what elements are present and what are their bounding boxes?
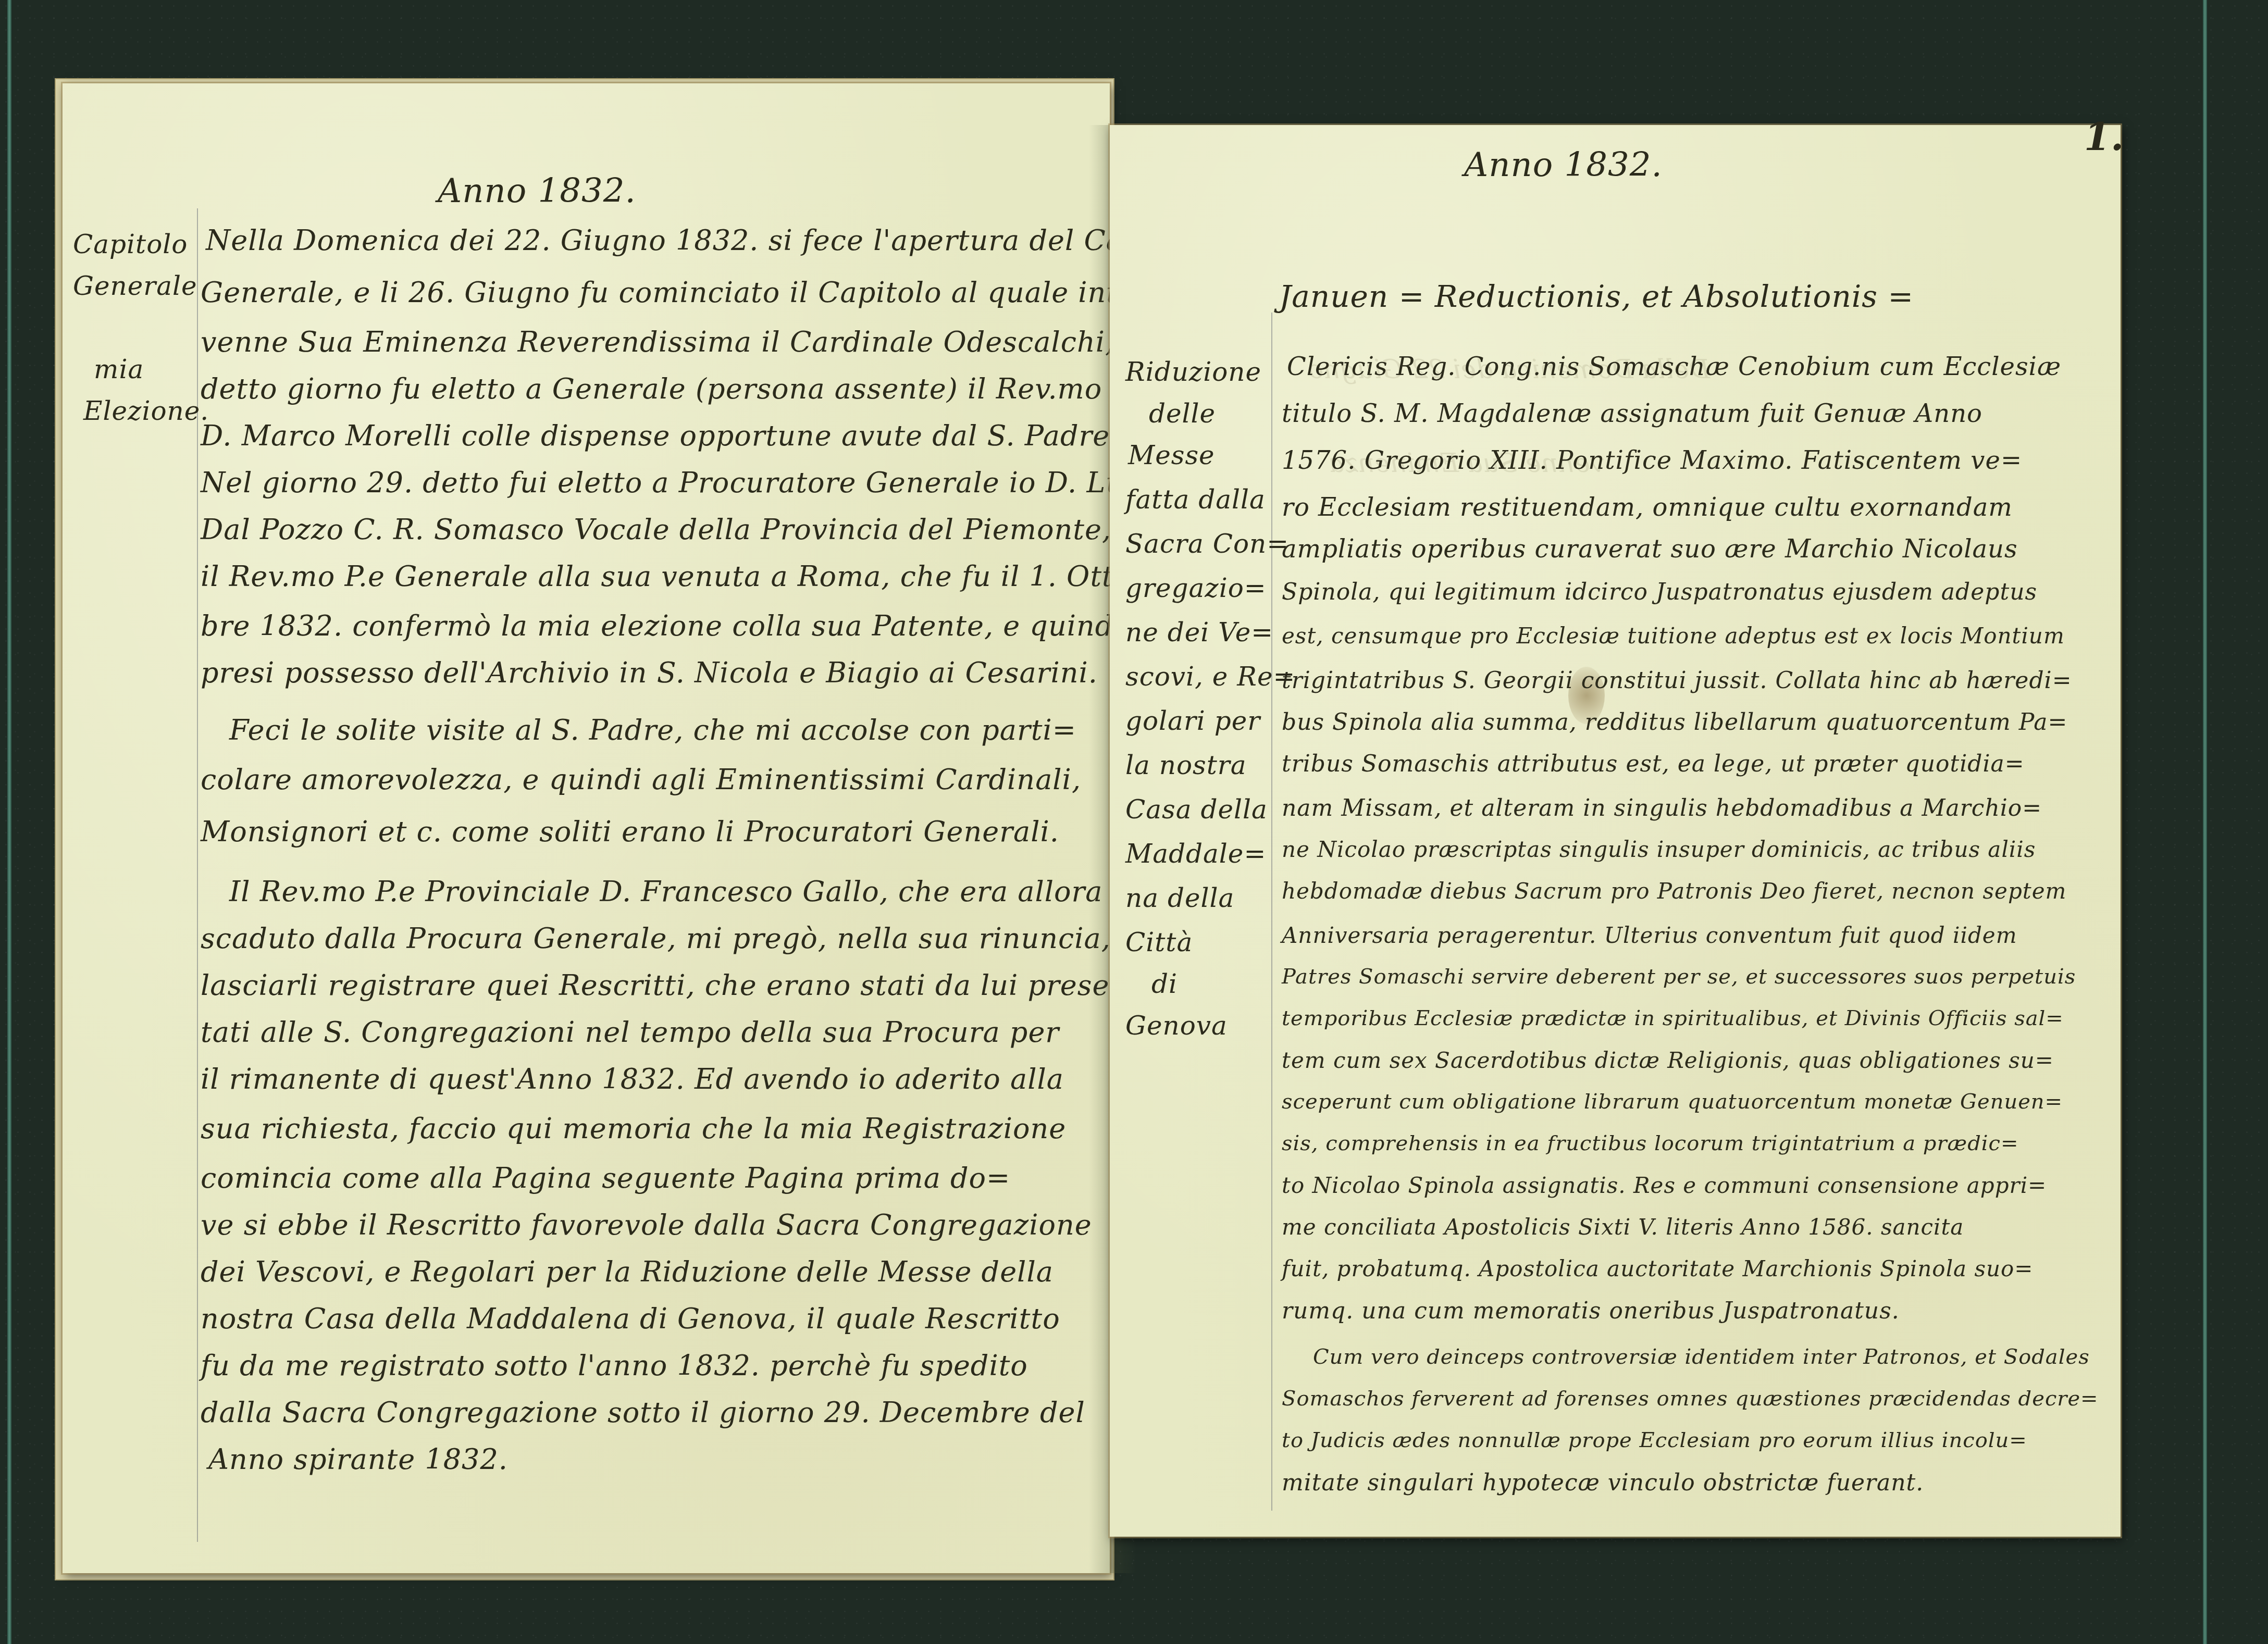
margin-note: Elezione. xyxy=(83,396,209,426)
right-page-subheading: Januen = Reductionis, et Absolutionis = xyxy=(1279,279,1914,314)
text-line: dei Vescovi, e Regolari per la Riduzione… xyxy=(201,1258,1054,1286)
margin-note: ne dei Ve= xyxy=(1125,617,1273,647)
margin-note: fatta dalla xyxy=(1125,484,1266,515)
text-line: tati alle S. Congregazioni nel tempo del… xyxy=(201,1018,1059,1047)
text-line: dalla Sacra Congregazione sotto il giorn… xyxy=(201,1399,1085,1427)
text-line: fu da me registrato sotto l'anno 1832. p… xyxy=(201,1352,1028,1380)
text-line: Il Rev.mo P.e Provinciale D. Francesco G… xyxy=(229,878,1103,906)
text-line: Nella Domenica dei 22. Giugno 1832. si f… xyxy=(206,227,1208,255)
margin-note: Capitolo xyxy=(73,229,188,259)
text-line: il Rev.mo P.e Generale alla sua venuta a… xyxy=(201,563,1156,591)
margin-note: na della xyxy=(1125,883,1234,913)
text-line: ve si ebbe il Rescritto favorevole dalla… xyxy=(201,1211,1092,1239)
text-line: me conciliata Apostolicis Sixti V. liter… xyxy=(1282,1216,1964,1238)
text-line: sceperunt cum obligatione librarum quatu… xyxy=(1282,1091,2063,1112)
text-line: nostra Casa della Maddalena di Genova, i… xyxy=(201,1305,1060,1333)
page-number: 1. xyxy=(2084,115,2124,159)
text-line: D. Marco Morelli colle dispense opportun… xyxy=(201,422,1119,450)
text-line: Patres Somaschi servire deberent per se,… xyxy=(1282,966,2076,987)
glass-frame-edge-left xyxy=(7,0,11,1644)
text-line: Cum vero deinceps controversiæ identidem… xyxy=(1313,1347,2090,1367)
text-line: scaduto dalla Procura Generale, mi pregò… xyxy=(201,925,1148,953)
margin-note: Generale xyxy=(73,271,197,301)
text-line: detto giorno fu eletto a Generale (perso… xyxy=(201,375,1197,403)
text-line: hebdomadæ diebus Sacrum pro Patronis Deo… xyxy=(1282,880,2066,902)
text-line: tem cum sex Sacerdotibus dictæ Religioni… xyxy=(1282,1050,2054,1072)
margin-note: gregazio= xyxy=(1125,573,1267,603)
text-line: Anno spirante 1832. xyxy=(208,1446,508,1474)
text-line: ne Nicolao præscriptas singulis insuper … xyxy=(1282,839,2036,861)
right-page: Della Domenica dei 22 Giugno venne Sua E… xyxy=(1110,125,2121,1537)
text-line: 1576. Gregorio XIII. Pontifice Maximo. F… xyxy=(1282,448,2022,473)
text-line: Dal Pozzo C. R. Somasco Vocale della Pro… xyxy=(201,516,1157,544)
text-line: Feci le solite visite al S. Padre, che m… xyxy=(229,716,1076,744)
margin-note: Casa della xyxy=(1125,794,1268,825)
text-line: Spinola, qui legitimum idcirco Juspatron… xyxy=(1282,581,2037,604)
text-line: Monsignori et c. come soliti erano li Pr… xyxy=(201,818,1059,846)
text-line: temporibus Ecclesiæ prædictæ in spiritua… xyxy=(1282,1008,2064,1029)
text-line: est, censumque pro Ecclesiæ tuitione ade… xyxy=(1282,625,2065,647)
margin-note: Sacra Con= xyxy=(1125,529,1289,559)
text-line: Clericis Reg. Cong.nis Somaschæ Cenobium… xyxy=(1287,354,2061,379)
margin-note: delle xyxy=(1149,398,1216,429)
margin-note: Riduzione xyxy=(1125,357,1261,387)
text-line: bus Spinola alia summa, redditus libella… xyxy=(1282,711,2067,734)
text-line: venne Sua Eminenza Reverendissima il Car… xyxy=(201,328,1197,356)
text-line: rumq. una cum memoratis oneribus Juspatr… xyxy=(1282,1300,1900,1323)
text-line: to Judicis ædes nonnullæ prope Ecclesiam… xyxy=(1282,1430,2027,1451)
left-page-heading: Anno 1832. xyxy=(438,172,636,210)
text-line: il rimanente di quest'Anno 1832. Ed aven… xyxy=(201,1065,1064,1093)
margin-note: la nostra xyxy=(1125,750,1246,780)
text-line: mitate singulari hypotecæ vinculo obstri… xyxy=(1282,1472,1924,1494)
margin-note: scovi, e Re= xyxy=(1125,662,1295,692)
text-line: fuit, probatumq. Apostolica auctoritate … xyxy=(1282,1258,2034,1280)
text-line: tribus Somaschis attributus est, ea lege… xyxy=(1282,753,2025,776)
text-line: Generale, e li 26. Giugno fu cominciato … xyxy=(201,279,1173,307)
margin-note: golari per xyxy=(1125,706,1260,736)
left-page: Anno 1832. Capitolo Generale mia Elezion… xyxy=(63,83,1110,1573)
text-line: lasciarli registrare quei Rescritti, che… xyxy=(201,972,1152,1000)
text-line: Nel giorno 29. detto fui eletto a Procur… xyxy=(201,469,1162,497)
margin-note: Messe xyxy=(1128,440,1215,470)
text-line: sis, comprehensis in ea fructibus locoru… xyxy=(1282,1133,2018,1154)
margin-note: Città xyxy=(1125,927,1193,957)
text-line: sua richiesta, faccio qui memoria che la… xyxy=(201,1115,1066,1143)
text-line: nam Missam, et alteram in singulis hebdo… xyxy=(1282,797,2042,820)
text-line: presi possesso dell'Archivio in S. Nicol… xyxy=(201,659,1098,687)
text-line: ampliatis operibus curaverat suo ære Mar… xyxy=(1282,537,2018,562)
text-line: Anniversaria peragerentur. Ulterius conv… xyxy=(1282,925,2017,946)
text-line: colare amorevolezza, e quindi agli Emine… xyxy=(201,766,1081,794)
text-line: comincia come alla Pagina seguente Pagin… xyxy=(201,1164,1010,1192)
text-line: ro Ecclesiam restituendam, omnique cultu… xyxy=(1282,495,2013,520)
text-line: titulo S. M. Magdalenæ assignatum fuit G… xyxy=(1282,401,1982,426)
right-page-heading: Anno 1832. xyxy=(1464,146,1663,184)
margin-note: Genova xyxy=(1125,1011,1228,1041)
text-line: to Nicolao Spinola assignatis. Res e com… xyxy=(1282,1175,2047,1197)
text-line: Somaschos ferverent ad forenses omnes qu… xyxy=(1282,1388,2099,1409)
margin-note: Maddale= xyxy=(1125,839,1266,869)
text-line: bre 1832. confermò la mia elezione colla… xyxy=(201,612,1123,640)
glass-frame-edge-right xyxy=(2203,0,2207,1644)
text-line: trigintatribus S. Georgii constitui juss… xyxy=(1282,669,2072,692)
margin-note: mia xyxy=(94,354,144,384)
margin-note: di xyxy=(1151,969,1178,999)
right-page-margin-rule xyxy=(1271,313,1272,1511)
